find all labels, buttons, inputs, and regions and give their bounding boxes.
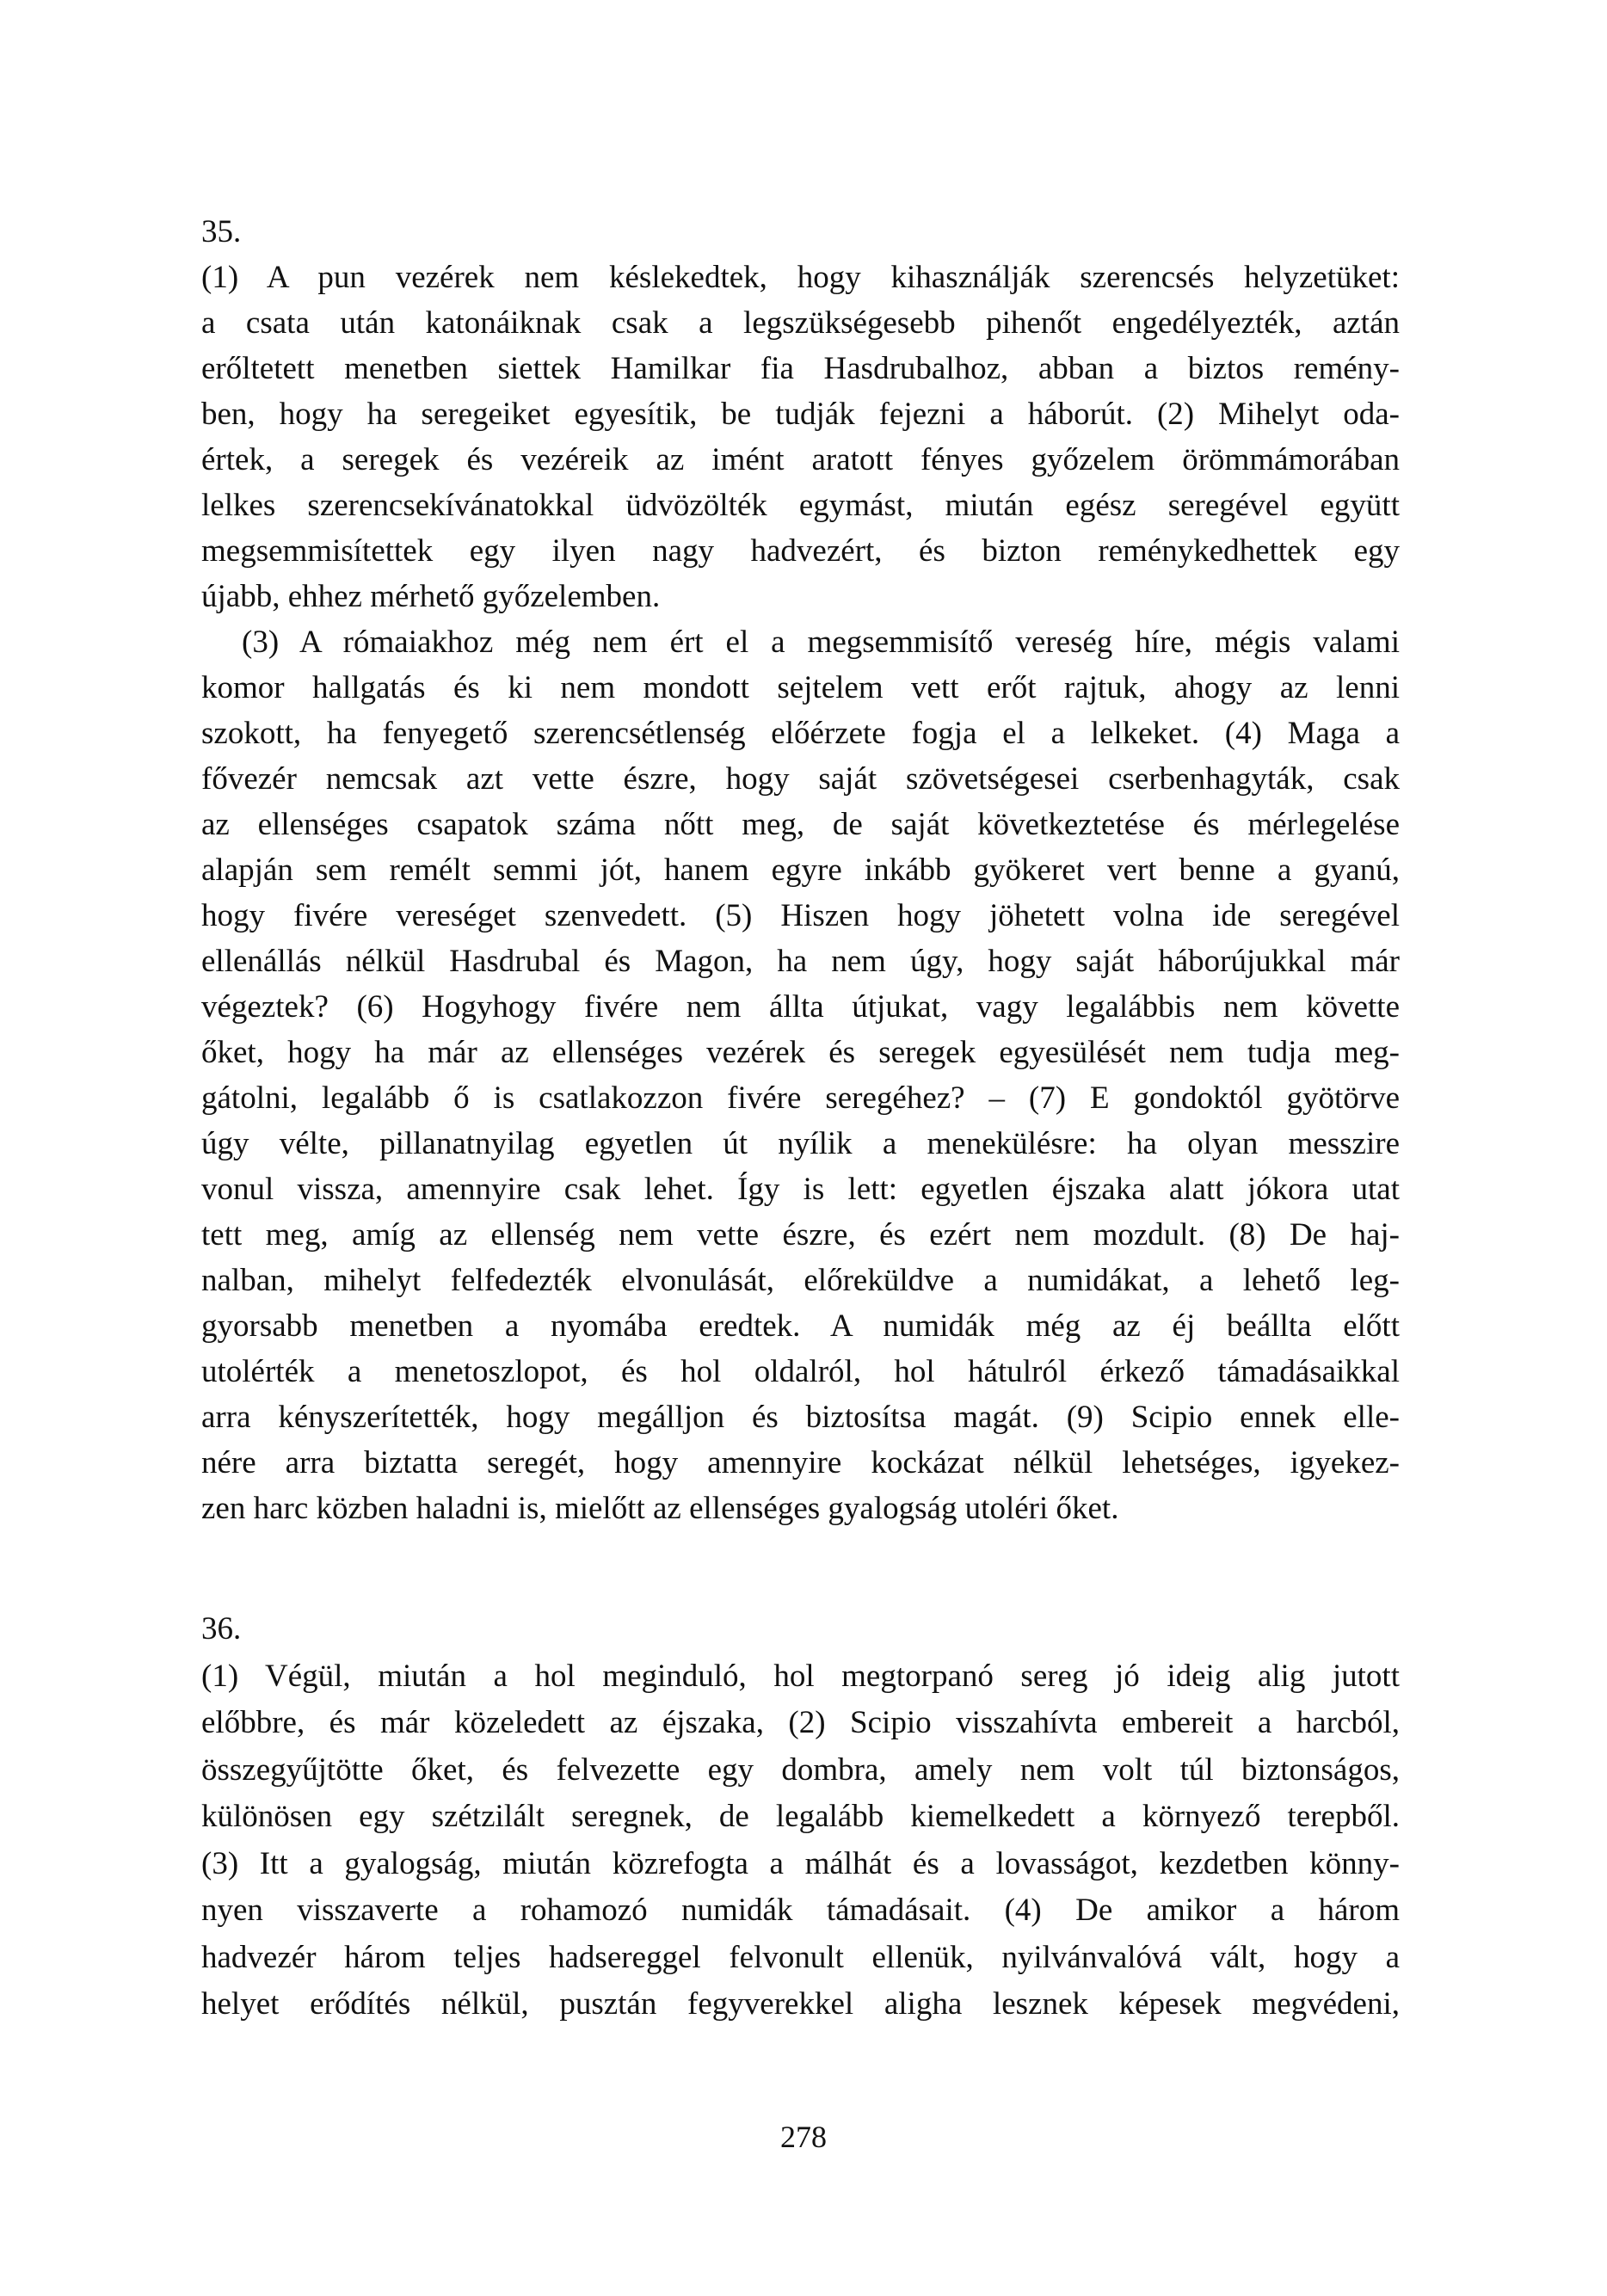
text-line: (1) A pun vezérek nem késlekedtek, hogy …: [201, 255, 1400, 300]
text-line: különösen egy szétzilált seregnek, de le…: [201, 1794, 1400, 1841]
text-line: komor hallgatás és ki nem mondott sejtel…: [201, 665, 1400, 711]
text-line: nyen visszaverte a rohamozó numidák táma…: [201, 1887, 1400, 1935]
text-line: összegyűjtötte őket, és felvezette egy d…: [201, 1747, 1400, 1794]
book-page: 35. (1) A pun vezérek nem késlekedtek, h…: [0, 0, 1607, 2296]
text-line: szokott, ha fenyegető szerencsétlenség e…: [201, 711, 1400, 756]
text-line: a csata után katonáiknak csak a legszüks…: [201, 300, 1400, 346]
text-line: nalban, mihelyt felfedezték elvonulását,…: [201, 1258, 1400, 1303]
text-line: (3) Itt a gyalogság, miután közrefogta a…: [201, 1841, 1400, 1888]
text-line: nére arra biztatta seregét, hogy amennyi…: [201, 1440, 1400, 1486]
text-line: lelkes szerencsekívánatokkal üdvözölték …: [201, 483, 1400, 528]
text-line: ellenállás nélkül Hasdrubal és Magon, ha…: [201, 939, 1400, 984]
text-line: gyorsabb menetben a nyomába eredtek. A n…: [201, 1303, 1400, 1349]
section-heading: 36.: [201, 1606, 1400, 1653]
text-line: vonul vissza, amennyire csak lehet. Így …: [201, 1166, 1400, 1212]
text-line: úgy vélte, pillanatnyilag egyetlen út ny…: [201, 1121, 1400, 1166]
text-line: újabb, ehhez mérhető győzelemben.: [201, 574, 1400, 619]
text-line: őket, hogy ha már az ellenséges vezérek …: [201, 1030, 1400, 1075]
text-line: az ellenséges csapatok száma nőtt meg, d…: [201, 802, 1400, 847]
section-35: 35. (1) A pun vezérek nem késlekedtek, h…: [201, 209, 1400, 1531]
text-line: fővezér nemcsak azt vette észre, hogy sa…: [201, 756, 1400, 802]
text-line: alapján sem remélt semmi jót, hanem egyr…: [201, 847, 1400, 893]
text-line: gátolni, legalább ő is csatlakozzon fivé…: [201, 1075, 1400, 1121]
text-line: arra kényszerítették, hogy megálljon és …: [201, 1394, 1400, 1440]
text-line: megsemmisítettek egy ilyen nagy hadvezér…: [201, 528, 1400, 574]
text-line: helyet erődítés nélkül, pusztán fegyvere…: [201, 1981, 1400, 2028]
text-line: (3) A rómaiakhoz még nem ért el a megsem…: [201, 619, 1400, 665]
section-36: 36. (1) Végül, miután a hol meginduló, h…: [201, 1606, 1400, 2028]
text-line: hogy fivére vereséget szenvedett. (5) Hi…: [201, 893, 1400, 939]
section-heading: 35.: [201, 209, 1400, 255]
text-line: (1) Végül, miután a hol meginduló, hol m…: [201, 1653, 1400, 1701]
text-line: ben, hogy ha seregeiket egyesítik, be tu…: [201, 391, 1400, 437]
text-line: értek, a seregek és vezéreik az imént ar…: [201, 437, 1400, 483]
text-line: tett meg, amíg az ellenség nem vette ész…: [201, 1212, 1400, 1258]
page-number: 278: [0, 2118, 1607, 2156]
text-line: zen harc közben haladni is, mielőtt az e…: [201, 1486, 1400, 1531]
text-line: előbbre, és már közeledett az éjszaka, (…: [201, 1700, 1400, 1747]
text-line: hadvezér három teljes hadsereggel felvon…: [201, 1935, 1400, 1982]
text-line: végeztek? (6) Hogyhogy fivére nem állta …: [201, 984, 1400, 1030]
text-line: erőltetett menetben siettek Hamilkar fia…: [201, 346, 1400, 391]
text-line: utolérték a menetoszlopot, és hol oldalr…: [201, 1349, 1400, 1394]
